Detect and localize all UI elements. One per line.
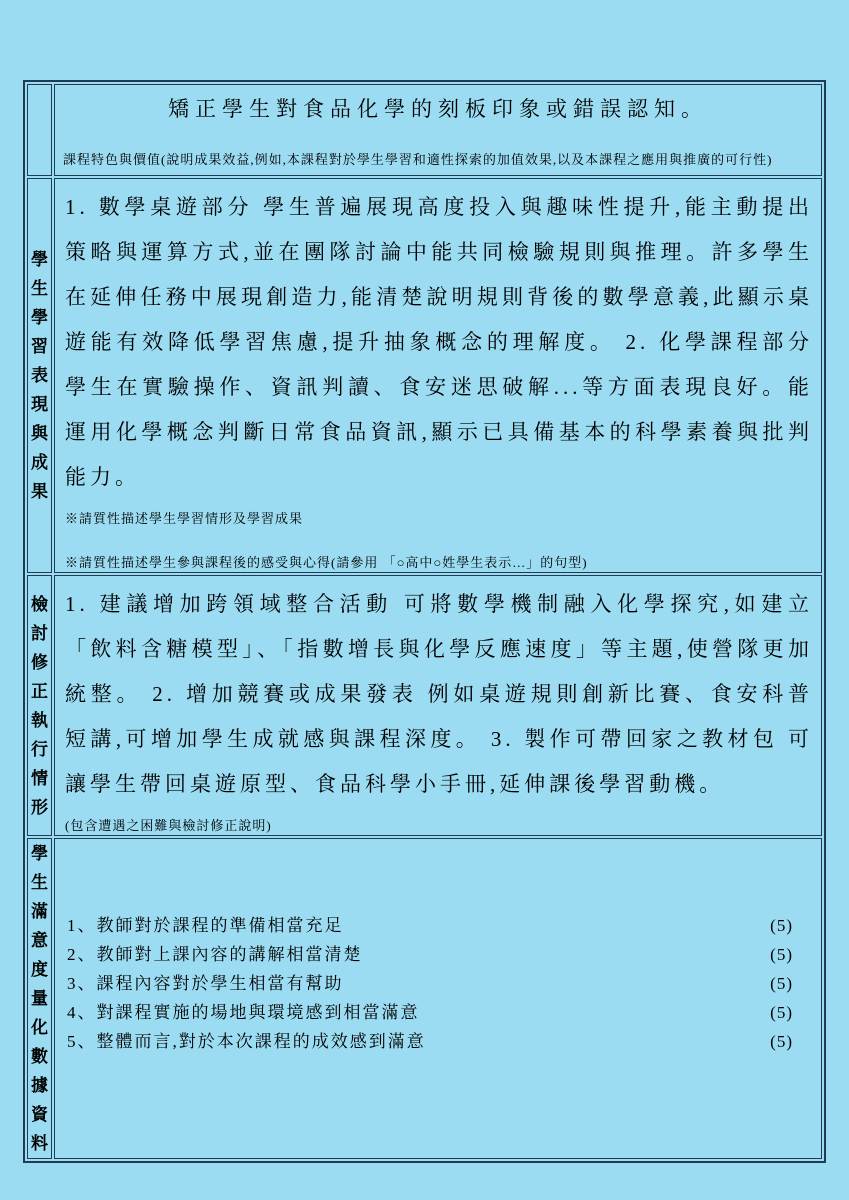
survey-item: 4、對課程實施的場地與環境感到相當滿意 (5): [67, 998, 811, 1027]
review-note: (包含遭遇之困難與檢討修正說明): [55, 817, 821, 835]
survey-item-score: (5): [770, 940, 811, 969]
survey-content-cell: 1、教師對於課程的準備相當充足 (5) 2、教師對上課內容的講解相當清楚 (5)…: [54, 838, 822, 1159]
performance-note-1: ※請質性描述學生學習情形及學習成果: [55, 510, 821, 528]
performance-body-text: 1. 數學桌遊部分 學生普遍展現高度投入與趣味性提升,能主動提出策略與運算方式,…: [55, 179, 821, 500]
performance-row: 學生學習表現與成果 1. 數學桌遊部分 學生普遍展現高度投入與趣味性提升,能主動…: [27, 178, 822, 573]
course-value-note: 課程特色與價值(說明成果效益,例如,本課程對於學生學習和適性探索的加值效果,以及…: [63, 151, 813, 169]
review-label-cell: 檢討修正執行情形: [27, 575, 52, 836]
survey-item-score: (5): [770, 911, 811, 940]
survey-item: 2、教師對上課內容的講解相當清楚 (5): [67, 940, 811, 969]
evaluation-form-page: 矯正學生對食品化學的刻板印象或錯誤認知。 課程特色與價值(說明成果效益,例如,本…: [0, 0, 849, 1200]
performance-row-label: 學生學習表現與成果: [30, 245, 49, 506]
survey-row: 學生滿意度量化數據資料 1、教師對於課程的準備相當充足 (5) 2、教師對上課內…: [27, 838, 822, 1159]
review-body-text: 1. 建議增加跨領域整合活動 可將數學機制融入化學探究,如建立「飲料含糖模型」、…: [55, 576, 821, 807]
survey-item-text: 5、整體而言,對於本次課程的成效感到滿意: [67, 1027, 426, 1056]
survey-item: 1、教師對於課程的準備相當充足 (5): [67, 911, 811, 940]
survey-item-text: 3、課程內容對於學生相當有幫助: [67, 969, 344, 998]
review-row: 檢討修正執行情形 1. 建議增加跨領域整合活動 可將數學機制融入化學探究,如建立…: [27, 575, 822, 836]
survey-item-text: 2、教師對上課內容的講解相當清楚: [67, 940, 363, 969]
survey-list: 1、教師對於課程的準備相當充足 (5) 2、教師對上課內容的講解相當清楚 (5)…: [55, 839, 821, 1056]
review-content-cell: 1. 建議增加跨領域整合活動 可將數學機制融入化學探究,如建立「飲料含糖模型」、…: [54, 575, 822, 836]
survey-label-cell: 學生滿意度量化數據資料: [27, 838, 52, 1159]
survey-item: 5、整體而言,對於本次課程的成效感到滿意 (5): [67, 1027, 811, 1056]
course-value-content-cell: 矯正學生對食品化學的刻板印象或錯誤認知。 課程特色與價值(說明成果效益,例如,本…: [54, 84, 822, 176]
course-value-row: 矯正學生對食品化學的刻板印象或錯誤認知。 課程特色與價值(說明成果效益,例如,本…: [27, 84, 822, 176]
review-row-label: 檢討修正執行情形: [30, 590, 49, 822]
survey-item-score: (5): [770, 1027, 811, 1056]
survey-item-score: (5): [770, 998, 811, 1027]
performance-content-cell: 1. 數學桌遊部分 學生普遍展現高度投入與趣味性提升,能主動提出策略與運算方式,…: [54, 178, 822, 573]
survey-item: 3、課程內容對於學生相當有幫助 (5): [67, 969, 811, 998]
course-value-label-cell: [27, 84, 52, 176]
course-value-content: 矯正學生對食品化學的刻板印象或錯誤認知。 課程特色與價值(說明成果效益,例如,本…: [55, 85, 821, 175]
performance-label-cell: 學生學習表現與成果: [27, 178, 52, 573]
survey-row-label: 學生滿意度量化數據資料: [30, 839, 49, 1158]
performance-note-2: ※請質性描述學生參與課程後的感受與心得(請參用 「○高中○姓學生表示…」的句型): [55, 554, 821, 572]
survey-item-score: (5): [770, 969, 811, 998]
survey-item-text: 1、教師對於課程的準備相當充足: [67, 911, 344, 940]
course-value-statement: 矯正學生對食品化學的刻板印象或錯誤認知。: [63, 93, 813, 123]
evaluation-table: 矯正學生對食品化學的刻板印象或錯誤認知。 課程特色與價值(說明成果效益,例如,本…: [23, 80, 826, 1163]
survey-item-text: 4、對課程實施的場地與環境感到相當滿意: [67, 998, 420, 1027]
